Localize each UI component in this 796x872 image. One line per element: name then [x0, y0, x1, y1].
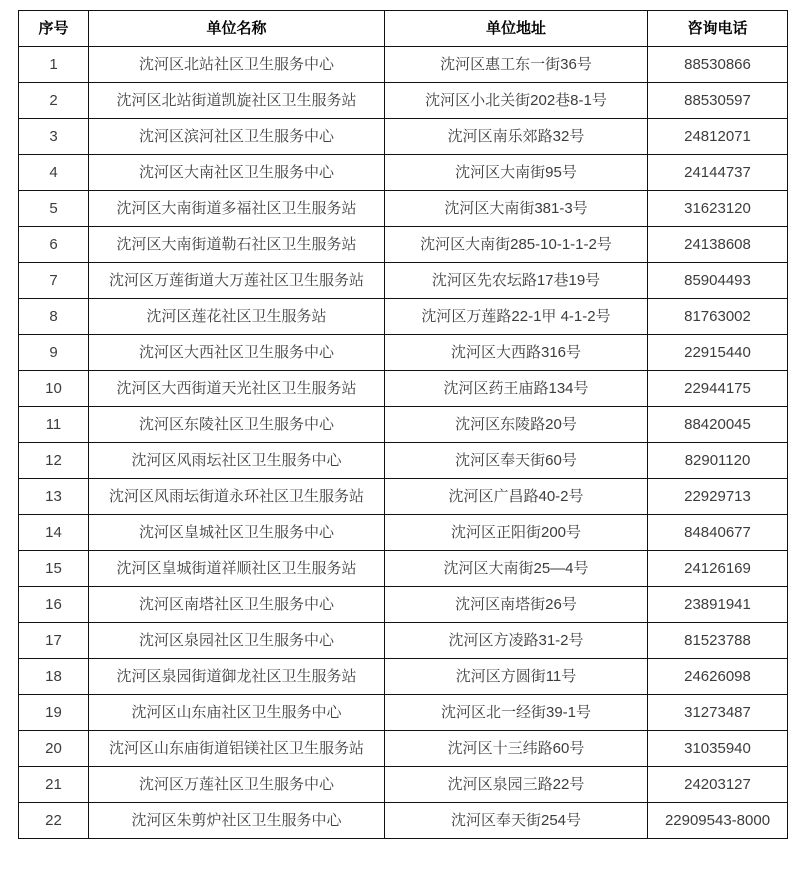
cell-index: 14 [19, 515, 89, 551]
table-row: 8沈河区莲花社区卫生服务站沈河区万莲路22-1甲 4-1-2号81763002 [19, 299, 788, 335]
cell-index: 6 [19, 227, 89, 263]
table-row: 7沈河区万莲街道大万莲社区卫生服务站沈河区先农坛路17巷19号85904493 [19, 263, 788, 299]
cell-name: 沈河区泉园街道御龙社区卫生服务站 [89, 659, 385, 695]
cell-phone: 24203127 [648, 767, 788, 803]
cell-index: 9 [19, 335, 89, 371]
cell-name: 沈河区山东庙社区卫生服务中心 [89, 695, 385, 731]
cell-address: 沈河区广昌路40-2号 [385, 479, 648, 515]
cell-address: 沈河区方圆街11号 [385, 659, 648, 695]
cell-name: 沈河区大南街道勒石社区卫生服务站 [89, 227, 385, 263]
table-row: 21沈河区万莲社区卫生服务中心沈河区泉园三路22号24203127 [19, 767, 788, 803]
cell-index: 12 [19, 443, 89, 479]
cell-index: 19 [19, 695, 89, 731]
header-row: 序号 单位名称 单位地址 咨询电话 [19, 11, 788, 47]
cell-phone: 82901120 [648, 443, 788, 479]
cell-phone: 88530866 [648, 47, 788, 83]
cell-address: 沈河区正阳街200号 [385, 515, 648, 551]
cell-index: 17 [19, 623, 89, 659]
cell-address: 沈河区东陵路20号 [385, 407, 648, 443]
cell-name: 沈河区莲花社区卫生服务站 [89, 299, 385, 335]
cell-phone: 31035940 [648, 731, 788, 767]
table-row: 15沈河区皇城街道祥顺社区卫生服务站沈河区大南街25—4号24126169 [19, 551, 788, 587]
cell-address: 沈河区万莲路22-1甲 4-1-2号 [385, 299, 648, 335]
cell-name: 沈河区朱剪炉社区卫生服务中心 [89, 803, 385, 839]
cell-name: 沈河区泉园社区卫生服务中心 [89, 623, 385, 659]
cell-address: 沈河区大南街285-10-1-1-2号 [385, 227, 648, 263]
cell-phone: 81763002 [648, 299, 788, 335]
cell-index: 15 [19, 551, 89, 587]
table-row: 9沈河区大西社区卫生服务中心沈河区大西路316号22915440 [19, 335, 788, 371]
cell-address: 沈河区大南街95号 [385, 155, 648, 191]
cell-phone: 22909543-8000 [648, 803, 788, 839]
cell-phone: 88530597 [648, 83, 788, 119]
cell-address: 沈河区大西路316号 [385, 335, 648, 371]
table-row: 2沈河区北站街道凯旋社区卫生服务站沈河区小北关街202巷8-1号88530597 [19, 83, 788, 119]
cell-phone: 31273487 [648, 695, 788, 731]
cell-address: 沈河区大南街25—4号 [385, 551, 648, 587]
cell-phone: 31623120 [648, 191, 788, 227]
table-row: 3沈河区滨河社区卫生服务中心沈河区南乐郊路32号24812071 [19, 119, 788, 155]
cell-phone: 84840677 [648, 515, 788, 551]
cell-address: 沈河区十三纬路60号 [385, 731, 648, 767]
table-header: 序号 单位名称 单位地址 咨询电话 [19, 11, 788, 47]
cell-address: 沈河区南乐郊路32号 [385, 119, 648, 155]
cell-index: 16 [19, 587, 89, 623]
cell-index: 11 [19, 407, 89, 443]
cell-phone: 88420045 [648, 407, 788, 443]
cell-address: 沈河区小北关街202巷8-1号 [385, 83, 648, 119]
cell-name: 沈河区滨河社区卫生服务中心 [89, 119, 385, 155]
table-row: 12沈河区风雨坛社区卫生服务中心沈河区奉天街60号82901120 [19, 443, 788, 479]
table-row: 17沈河区泉园社区卫生服务中心沈河区方凌路31-2号81523788 [19, 623, 788, 659]
cell-address: 沈河区奉天街60号 [385, 443, 648, 479]
table-row: 4沈河区大南社区卫生服务中心沈河区大南街95号24144737 [19, 155, 788, 191]
table-row: 20沈河区山东庙街道铝镁社区卫生服务站沈河区十三纬路60号31035940 [19, 731, 788, 767]
cell-index: 18 [19, 659, 89, 695]
cell-address: 沈河区北一经街39-1号 [385, 695, 648, 731]
cell-phone: 22915440 [648, 335, 788, 371]
cell-address: 沈河区奉天街254号 [385, 803, 648, 839]
table-row: 10沈河区大西街道天光社区卫生服务站沈河区药王庙路134号22944175 [19, 371, 788, 407]
table-container: 序号 单位名称 单位地址 咨询电话 1沈河区北站社区卫生服务中心沈河区惠工东一街… [18, 10, 788, 839]
cell-phone: 24138608 [648, 227, 788, 263]
cell-name: 沈河区大南社区卫生服务中心 [89, 155, 385, 191]
cell-phone: 85904493 [648, 263, 788, 299]
cell-phone: 24126169 [648, 551, 788, 587]
cell-name: 沈河区东陵社区卫生服务中心 [89, 407, 385, 443]
cell-name: 沈河区风雨坛街道永环社区卫生服务站 [89, 479, 385, 515]
cell-index: 2 [19, 83, 89, 119]
cell-name: 沈河区皇城街道祥顺社区卫生服务站 [89, 551, 385, 587]
cell-index: 3 [19, 119, 89, 155]
cell-name: 沈河区北站街道凯旋社区卫生服务站 [89, 83, 385, 119]
table-row: 1沈河区北站社区卫生服务中心沈河区惠工东一街36号88530866 [19, 47, 788, 83]
table-row: 5沈河区大南街道多福社区卫生服务站沈河区大南街381-3号31623120 [19, 191, 788, 227]
cell-name: 沈河区皇城社区卫生服务中心 [89, 515, 385, 551]
cell-address: 沈河区大南街381-3号 [385, 191, 648, 227]
col-header-phone: 咨询电话 [648, 11, 788, 47]
cell-phone: 22929713 [648, 479, 788, 515]
cell-name: 沈河区万莲街道大万莲社区卫生服务站 [89, 263, 385, 299]
page: 序号 单位名称 单位地址 咨询电话 1沈河区北站社区卫生服务中心沈河区惠工东一街… [0, 0, 796, 872]
table-row: 6沈河区大南街道勒石社区卫生服务站沈河区大南街285-10-1-1-2号2413… [19, 227, 788, 263]
cell-index: 22 [19, 803, 89, 839]
cell-index: 21 [19, 767, 89, 803]
cell-name: 沈河区北站社区卫生服务中心 [89, 47, 385, 83]
cell-name: 沈河区万莲社区卫生服务中心 [89, 767, 385, 803]
cell-index: 13 [19, 479, 89, 515]
cell-phone: 22944175 [648, 371, 788, 407]
table-row: 22沈河区朱剪炉社区卫生服务中心沈河区奉天街254号22909543-8000 [19, 803, 788, 839]
cell-address: 沈河区先农坛路17巷19号 [385, 263, 648, 299]
cell-phone: 24144737 [648, 155, 788, 191]
cell-address: 沈河区泉园三路22号 [385, 767, 648, 803]
cell-index: 4 [19, 155, 89, 191]
cell-index: 7 [19, 263, 89, 299]
table-row: 19沈河区山东庙社区卫生服务中心沈河区北一经街39-1号31273487 [19, 695, 788, 731]
cell-phone: 23891941 [648, 587, 788, 623]
col-header-name: 单位名称 [89, 11, 385, 47]
cell-name: 沈河区大南街道多福社区卫生服务站 [89, 191, 385, 227]
cell-phone: 81523788 [648, 623, 788, 659]
cell-address: 沈河区惠工东一街36号 [385, 47, 648, 83]
col-header-address: 单位地址 [385, 11, 648, 47]
cell-phone: 24812071 [648, 119, 788, 155]
cell-name: 沈河区山东庙街道铝镁社区卫生服务站 [89, 731, 385, 767]
cell-name: 沈河区风雨坛社区卫生服务中心 [89, 443, 385, 479]
table-row: 16沈河区南塔社区卫生服务中心沈河区南塔街26号23891941 [19, 587, 788, 623]
table-row: 11沈河区东陵社区卫生服务中心沈河区东陵路20号88420045 [19, 407, 788, 443]
health-centers-table: 序号 单位名称 单位地址 咨询电话 1沈河区北站社区卫生服务中心沈河区惠工东一街… [18, 10, 788, 839]
cell-index: 10 [19, 371, 89, 407]
cell-index: 8 [19, 299, 89, 335]
table-row: 13沈河区风雨坛街道永环社区卫生服务站沈河区广昌路40-2号22929713 [19, 479, 788, 515]
table-body: 1沈河区北站社区卫生服务中心沈河区惠工东一街36号885308662沈河区北站街… [19, 47, 788, 839]
table-row: 18沈河区泉园街道御龙社区卫生服务站沈河区方圆街11号24626098 [19, 659, 788, 695]
cell-name: 沈河区大西社区卫生服务中心 [89, 335, 385, 371]
table-row: 14沈河区皇城社区卫生服务中心沈河区正阳街200号84840677 [19, 515, 788, 551]
cell-address: 沈河区药王庙路134号 [385, 371, 648, 407]
cell-name: 沈河区大西街道天光社区卫生服务站 [89, 371, 385, 407]
cell-name: 沈河区南塔社区卫生服务中心 [89, 587, 385, 623]
cell-index: 5 [19, 191, 89, 227]
cell-index: 20 [19, 731, 89, 767]
cell-phone: 24626098 [648, 659, 788, 695]
cell-address: 沈河区方凌路31-2号 [385, 623, 648, 659]
col-header-index: 序号 [19, 11, 89, 47]
cell-index: 1 [19, 47, 89, 83]
cell-address: 沈河区南塔街26号 [385, 587, 648, 623]
